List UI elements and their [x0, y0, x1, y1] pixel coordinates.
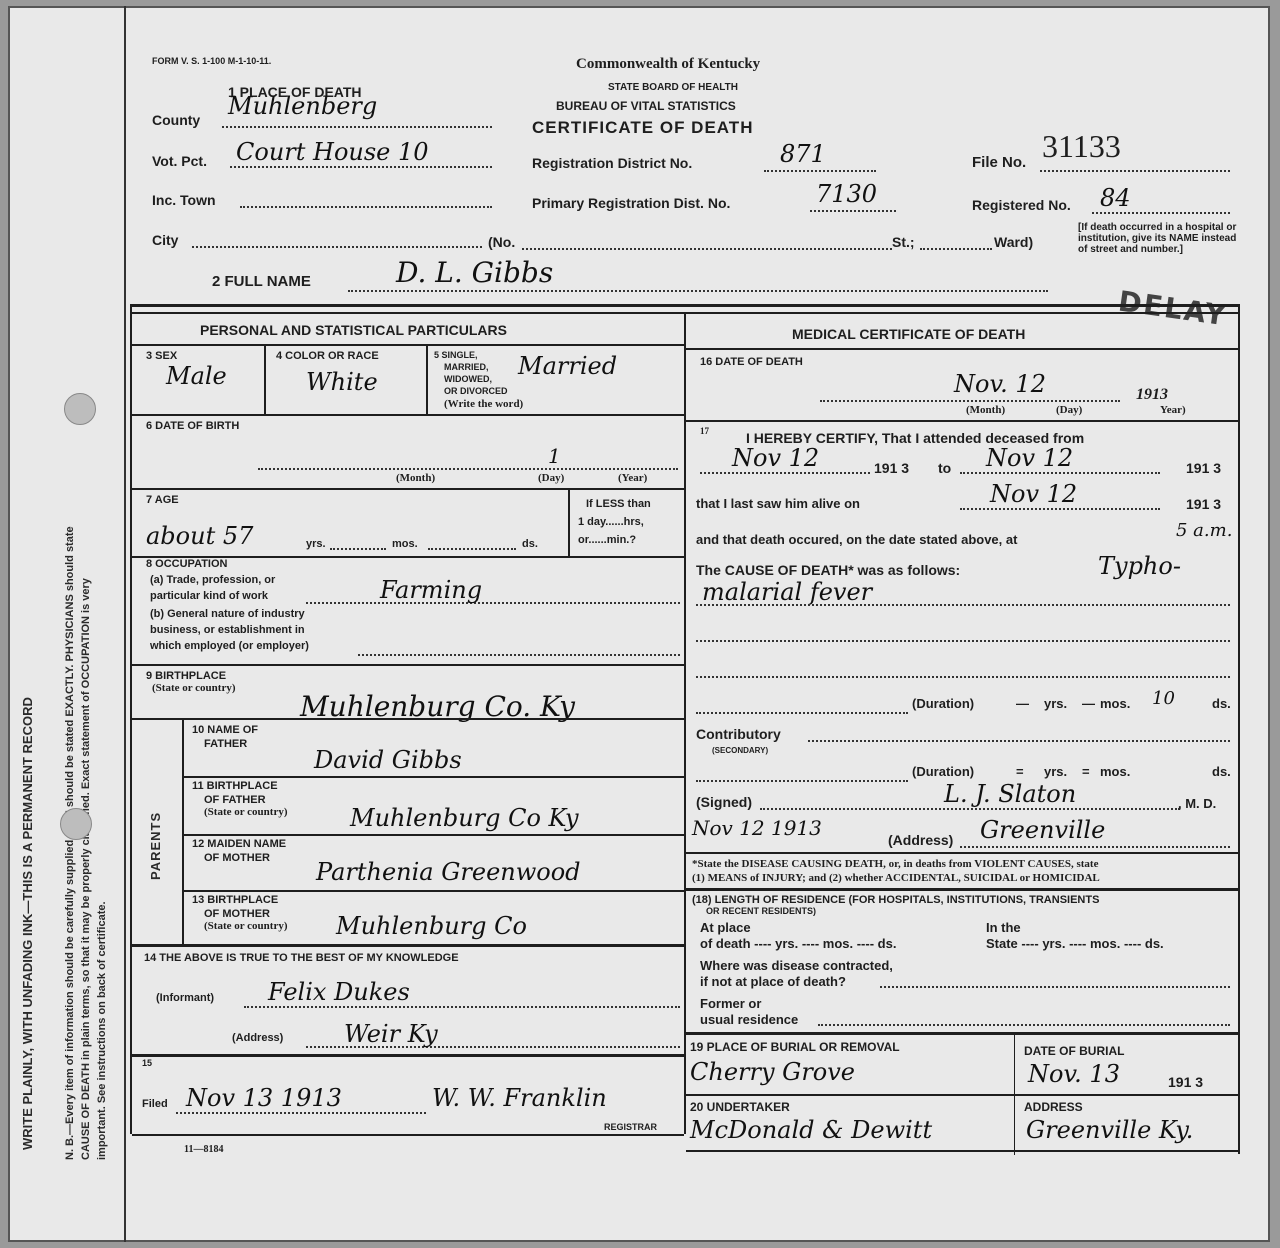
marital-value: Married [518, 352, 617, 380]
contrib-duration-prefix-line [696, 780, 908, 782]
attended-to-value: Nov 12 [986, 444, 1073, 472]
attestation-label: 14 THE ABOVE IS TRUE TO THE BEST OF MY K… [144, 952, 459, 964]
street-label: St.; [892, 234, 915, 250]
divider [132, 414, 684, 416]
margin-instruction-note-3: important. See instructions on back of c… [96, 901, 108, 1160]
full-name-line [348, 290, 1048, 292]
physician-address-value: Greenville [980, 816, 1105, 844]
cell-divider [426, 346, 428, 414]
former-residence-line [818, 1024, 1230, 1026]
filed-label: Filed [142, 1098, 168, 1110]
board-heading: STATE BOARD OF HEALTH [608, 82, 738, 93]
divider [686, 420, 1238, 422]
last-saw-year: 191 3 [1186, 496, 1221, 512]
in-state-label-2: State ---- yrs. ---- mos. ---- ds. [986, 936, 1164, 951]
file-number-label: File No. [972, 154, 1026, 171]
county-line [222, 126, 492, 128]
contrib-duration-yrs: = [1016, 764, 1024, 779]
occupation-a-label-1: (a) Trade, profession, or [150, 574, 275, 586]
age-mos-label: mos. [392, 538, 418, 550]
mother-name-label-2: OF MOTHER [204, 852, 270, 864]
divider [686, 348, 1238, 350]
divider [686, 888, 1238, 891]
column-divider [684, 314, 686, 1134]
age-ds-line [428, 548, 516, 550]
cause-of-death-value-2: malarial fever [702, 578, 872, 606]
physician-address-line [960, 846, 1230, 848]
in-state-label-1: In the [986, 920, 1021, 935]
secondary-label: (SECONDARY) [712, 746, 768, 755]
race-value: White [306, 368, 378, 396]
vot-pct-value: Court House 10 [236, 138, 429, 166]
informant-label: (Informant) [156, 992, 214, 1004]
less-than-minutes: or......min.? [578, 534, 636, 546]
duration-ds-label: ds. [1212, 696, 1231, 711]
registration-district-label: Registration District No. [532, 155, 692, 171]
margin-instruction-main: WRITE PLAINLY, WITH UNFADING INK—THIS IS… [20, 697, 35, 1150]
file-number-value: 31133 [1042, 128, 1121, 165]
divider [184, 834, 684, 836]
attended-to-label: to [938, 460, 951, 476]
age-yrs-label: yrs. [306, 538, 326, 550]
occupation-a-line [306, 602, 680, 604]
certify-number: 17 [700, 426, 709, 436]
filed-section-number: 15 [142, 1058, 152, 1068]
informant-address-label: (Address) [232, 1032, 283, 1044]
certificate-title: CERTIFICATE OF DEATH [532, 118, 753, 138]
father-birthplace-label-3: (State or country) [204, 806, 288, 818]
form-footer-code: 11—8184 [184, 1144, 223, 1155]
issuer-heading: Commonwealth of Kentucky [576, 56, 760, 73]
primary-registration-label: Primary Registration Dist. No. [532, 195, 730, 211]
attended-from-value: Nov 12 [732, 444, 819, 472]
residence-label: (18) LENGTH OF RESIDENCE (FOR HOSPITALS,… [692, 894, 1099, 906]
primary-registration-value: 7130 [816, 180, 877, 208]
less-than-label: If LESS than [586, 498, 651, 510]
physician-address-label: (Address) [888, 832, 953, 848]
date-of-birth-year: 1 [548, 444, 561, 468]
occupation-b-label-2: business, or establishment in [150, 624, 305, 636]
death-occurred-text: and that death occured, on the date stat… [696, 532, 1017, 547]
cause-line-2 [696, 640, 1230, 642]
date-of-death-line [820, 400, 1120, 402]
age-mos-line [330, 548, 386, 550]
file-number-line [1040, 170, 1230, 172]
margin-instruction-note-1: N. B.—Every item of information should b… [64, 526, 76, 1160]
burial-date-year: 191 3 [1168, 1074, 1203, 1090]
cause-footnote-1: *State the DISEASE CAUSING DEATH, or, in… [692, 858, 1098, 870]
contracted-line [880, 986, 1230, 988]
dod-month-label: (Month) [966, 404, 1005, 416]
vot-pct-line [230, 166, 492, 168]
registration-district-value: 871 [780, 140, 826, 168]
informant-address-value: Weir Ky [344, 1020, 438, 1048]
marital-label-instruction: (Write the word) [444, 398, 523, 410]
ward-label: Ward) [994, 234, 1033, 250]
father-name-label-2: FATHER [204, 738, 247, 750]
father-name-value: David Gibbs [314, 746, 462, 774]
divider [132, 1134, 684, 1136]
age-label: 7 AGE [146, 494, 179, 506]
duration-days-value: 10 [1152, 688, 1175, 709]
divider [686, 1094, 1238, 1096]
father-birthplace-value: Muhlenburg Co Ky [350, 804, 579, 832]
occupation-b-line [358, 654, 680, 656]
form-number: FORM V. S. 1-100 M-1-10-11. [152, 56, 271, 66]
last-saw-value: Nov 12 [990, 480, 1077, 508]
county-value: Muhlenberg [228, 92, 377, 120]
contracted-label-1: Where was disease contracted, [700, 958, 893, 973]
date-of-death-label: 16 DATE OF DEATH [700, 356, 803, 368]
former-residence-label-2: usual residence [700, 1012, 798, 1027]
burial-date-value: Nov. 13 [1028, 1060, 1120, 1088]
divider [132, 664, 684, 666]
inc-town-line [240, 206, 492, 208]
marital-label-divorced: OR DIVORCED [444, 386, 508, 396]
residence-label-2: OR RECENT RESIDENTS) [706, 906, 816, 916]
vot-pct-label: Vot. Pct. [152, 153, 207, 169]
duration-mos-label: mos. [1100, 696, 1130, 711]
mother-name-label-1: 12 MAIDEN NAME [192, 838, 286, 850]
filed-date-value: Nov 13 1913 [186, 1084, 342, 1112]
ward-line [920, 248, 992, 250]
contrib-duration-yrs-label: yrs. [1044, 764, 1067, 779]
dob-year-label: (Year) [618, 472, 647, 484]
occupation-a-value: Farming [380, 576, 482, 604]
sex-label: 3 SEX [146, 350, 177, 362]
contributory-label: Contributory [696, 726, 781, 742]
inc-town-label: Inc. Town [152, 192, 216, 208]
attended-to-line [960, 472, 1160, 474]
divider [686, 1032, 1238, 1035]
punch-hole-icon [64, 393, 96, 425]
divider [132, 344, 684, 346]
duration-yrs-label: yrs. [1044, 696, 1067, 711]
margin-instruction-note-2: CAUSE OF DEATH in plain terms, so that i… [80, 578, 92, 1160]
divider [184, 890, 684, 892]
contrib-duration-mos: = [1082, 764, 1090, 779]
duration-prefix-line [696, 712, 908, 714]
parents-divider [182, 718, 184, 944]
former-residence-label-1: Former or [700, 996, 761, 1011]
mother-birthplace-value: Muhlenburg Co [336, 912, 527, 940]
signed-label: (Signed) [696, 794, 752, 810]
registered-number-line [1092, 212, 1230, 214]
divider [130, 304, 1240, 307]
signed-date: Nov 12 1913 [692, 816, 822, 840]
marital-label-single: 5 SINGLE, [434, 350, 478, 360]
signed-line [760, 808, 1180, 810]
cause-of-death-label: The CAUSE OF DEATH* was as follows: [696, 562, 960, 578]
street-no-label: (No. [488, 234, 515, 250]
registrar-label: REGISTRAR [604, 1122, 657, 1132]
burial-date-label: DATE OF BURIAL [1024, 1044, 1124, 1058]
divider [686, 852, 1238, 854]
undertaker-label: 20 UNDERTAKER [690, 1100, 790, 1114]
contrib-duration-ds-label: ds. [1212, 764, 1231, 779]
marital-label-widowed: WIDOWED, [444, 374, 492, 384]
race-label: 4 COLOR OR RACE [276, 350, 379, 362]
divider [132, 488, 684, 490]
father-birthplace-label-1: 11 BIRTHPLACE [192, 780, 278, 792]
registered-number-label: Registered No. [972, 197, 1071, 213]
attended-to-year: 191 3 [1186, 460, 1221, 476]
sex-value: Male [166, 362, 227, 390]
at-place-label-2: of death ---- yrs. ---- mos. ---- ds. [700, 936, 896, 951]
physician-signature: L. J. Slaton [944, 780, 1076, 808]
registration-district-line [764, 170, 876, 172]
father-name-label-1: 10 NAME OF [192, 724, 258, 736]
city-label: City [152, 232, 178, 248]
date-of-death-year: 1913 [1136, 386, 1168, 404]
occupation-b-label-3: which employed (or employer) [150, 640, 309, 652]
undertaker-value: McDonald & Dewitt [690, 1116, 932, 1144]
less-than-hours: 1 day......hrs, [578, 516, 644, 528]
cause-footnote-2: (1) MEANS of INJURY; and (2) whether ACC… [692, 872, 1100, 884]
attended-from-year: 191 3 [874, 460, 909, 476]
county-label: County [152, 112, 200, 128]
date-of-birth-line [258, 468, 678, 470]
undertaker-address-label: ADDRESS [1024, 1100, 1083, 1114]
last-saw-line [960, 508, 1160, 510]
date-of-death-value: Nov. 12 [954, 370, 1046, 398]
mother-birthplace-label-1: 13 BIRTHPLACE [192, 894, 278, 906]
cause-of-death-value-1: Typho- [1098, 552, 1181, 580]
bureau-heading: BUREAU OF VITAL STATISTICS [556, 99, 736, 113]
full-name-value: D. L. Gibbs [396, 256, 553, 289]
cause-line-1 [696, 604, 1230, 606]
punch-hole-icon [60, 808, 92, 840]
father-birthplace-label-2: OF FATHER [204, 794, 266, 806]
burial-place-label: 19 PLACE OF BURIAL OR REMOVAL [690, 1040, 900, 1054]
divider [686, 1150, 1238, 1152]
cell-divider [264, 346, 266, 414]
occupation-b-label-1: (b) General nature of industry [150, 608, 305, 620]
informant-value: Felix Dukes [268, 978, 410, 1006]
divider [132, 944, 684, 947]
last-saw-text: that I last saw him alive on [696, 496, 860, 511]
filed-line [176, 1112, 426, 1114]
registered-number-value: 84 [1100, 184, 1131, 212]
medical-section-heading: MEDICAL CERTIFICATE OF DEATH [792, 326, 1025, 342]
birthplace-label: 9 BIRTHPLACE [146, 670, 226, 682]
undertaker-address-value: Greenville Ky. [1026, 1116, 1193, 1144]
contributory-line [808, 740, 1230, 742]
duration-yrs: — [1016, 696, 1029, 711]
cause-line-3 [696, 676, 1230, 678]
divider [132, 718, 684, 720]
mother-name-value: Parthenia Greenwood [316, 858, 581, 886]
attended-from-line [700, 472, 870, 474]
divider [132, 1054, 684, 1057]
mother-birthplace-label-2: OF MOTHER [204, 908, 270, 920]
at-place-label-1: At place [700, 920, 751, 935]
dod-year-label: Year) [1160, 404, 1186, 416]
death-time-value: 5 a.m. [1176, 520, 1232, 541]
registrar-signature: W. W. Franklin [432, 1084, 607, 1112]
dob-month-label: (Month) [396, 472, 435, 484]
cell-divider [568, 490, 570, 556]
right-border [1238, 304, 1240, 1154]
divider [184, 776, 684, 778]
contracted-label-2: if not at place of death? [700, 974, 846, 989]
dob-day-label: (Day) [538, 472, 564, 484]
contrib-duration-mos-label: mos. [1100, 764, 1130, 779]
date-of-birth-label: 6 DATE OF BIRTH [146, 420, 239, 432]
duration-mos: — [1082, 696, 1095, 711]
street-line [522, 248, 892, 250]
md-label: , M. D. [1178, 796, 1216, 811]
marital-label-married: MARRIED, [444, 362, 489, 372]
hospital-note: [If death occurred in a hospital or inst… [1078, 222, 1238, 255]
occupation-label: 8 OCCUPATION [146, 558, 228, 570]
mother-birthplace-label-3: (State or country) [204, 920, 288, 932]
occupation-a-label-2: particular kind of work [150, 590, 268, 602]
birthplace-sublabel: (State or country) [152, 682, 236, 694]
primary-registration-line [810, 210, 896, 212]
contrib-duration-label: (Duration) [912, 764, 974, 779]
age-ds-label: ds. [522, 538, 538, 550]
duration-label: (Duration) [912, 696, 974, 711]
city-line [192, 246, 482, 248]
informant-line [244, 1006, 680, 1008]
dod-day-label: (Day) [1056, 404, 1082, 416]
full-name-label: 2 FULL NAME [212, 273, 311, 290]
personal-section-heading: PERSONAL AND STATISTICAL PARTICULARS [200, 322, 507, 338]
burial-place-value: Cherry Grove [690, 1058, 855, 1086]
parents-label: PARENTS [148, 812, 163, 880]
age-value: about 57 [146, 522, 253, 550]
